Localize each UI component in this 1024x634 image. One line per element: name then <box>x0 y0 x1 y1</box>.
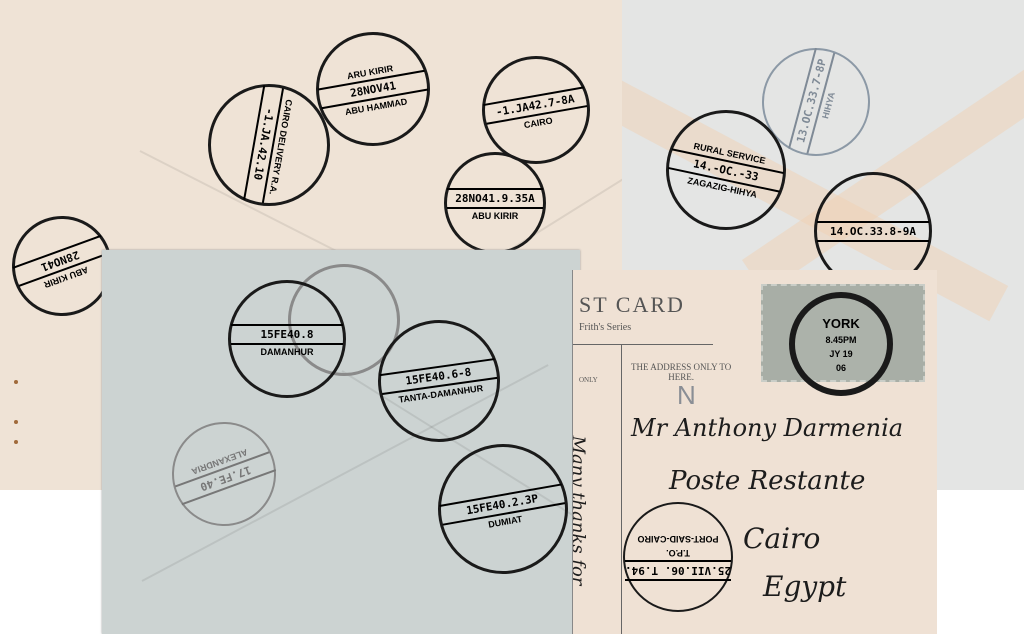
address-line: Mr Anthony Darmenia <box>631 414 903 442</box>
pencil-mark: N <box>677 380 696 411</box>
divider <box>573 344 713 345</box>
postmark-abu-kirir: 28NO41.9.35A ABU KIRIR <box>444 152 546 254</box>
address-line: Cairo <box>743 522 820 555</box>
envelope-blue-grey: 15FE40.8 DAMANHUR 15FE40.6-8 TANTA-DAMAN… <box>102 250 580 634</box>
postmark-tpo: 25.VII.06. T.94. T.P.O. PORT-SAID-CAIRO <box>623 502 733 612</box>
postmark-alexandria: 17.FE.40 ALEXANDRIA <box>157 407 290 540</box>
postcard-series: Frith's Series <box>579 322 631 333</box>
postcard-title: ST CARD <box>579 292 685 318</box>
postcard: ST CARD Frith's Series THE ADDRESS ONLY … <box>572 270 937 634</box>
postmark-dumiat: 15FE40.2.3P DUMIAT <box>428 434 579 585</box>
address-line: Egypt <box>763 570 846 603</box>
address-note: THE ADDRESS ONLY TO HERE. <box>631 362 731 382</box>
side-note: Many thanks for <box>572 436 588 586</box>
postmark-york: YORK 8.45PM JY 19 06 <box>789 292 893 396</box>
only-label: ONLY <box>579 376 598 384</box>
divider <box>621 344 622 634</box>
address-line: Poste Restante <box>669 466 865 496</box>
postmark-damanhur: 15FE40.8 DAMANHUR <box>228 280 346 398</box>
